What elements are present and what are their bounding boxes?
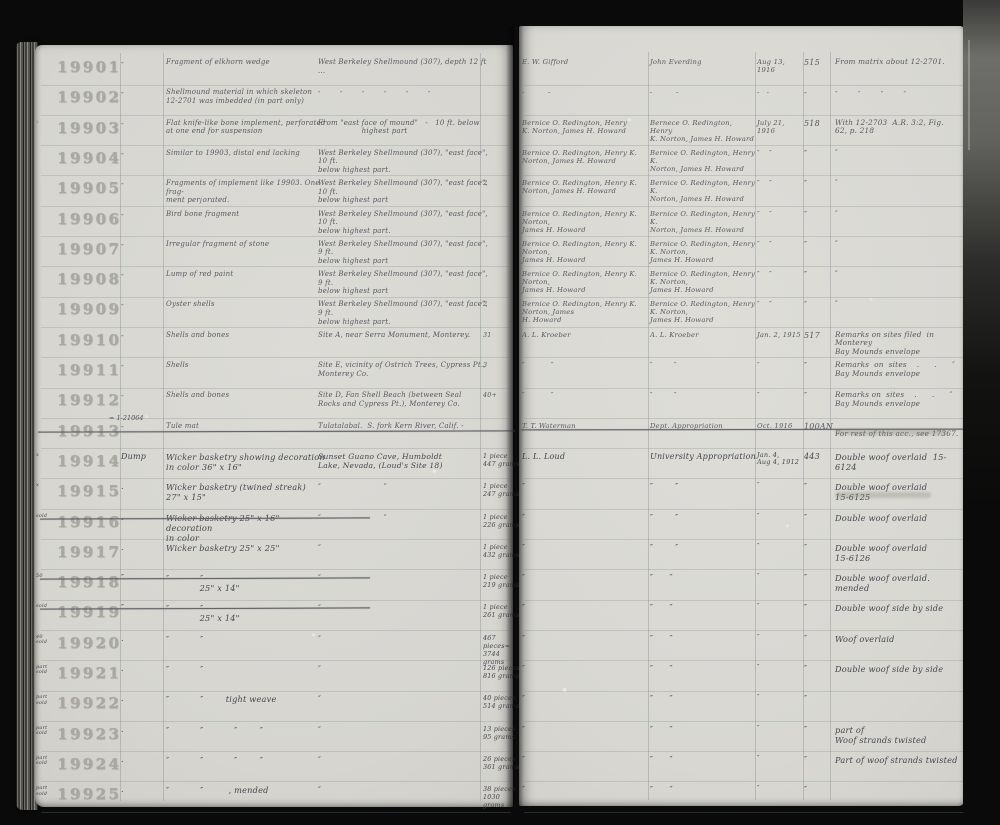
- catalog-number-cell: 19909: [57, 299, 121, 318]
- date-cell: ″ ″: [757, 240, 803, 248]
- collector-cell: ″: [522, 634, 648, 643]
- donor-cell: ″ ″: [650, 482, 756, 491]
- description-cell: ″ ″ ″ ″: [166, 755, 326, 765]
- accession-number-cell: ″: [804, 543, 834, 552]
- description-cell: Fragments of implement like 19903. One f…: [166, 179, 326, 205]
- accession-number-cell: 515: [804, 58, 834, 67]
- ledger-row: sold 19919 ″ ″ ″ 25" x 14" ″ 1 piece 261…: [35, 600, 964, 630]
- catalog-number: 19908: [57, 270, 121, 288]
- accession-number-cell: -: [804, 88, 834, 97]
- date-cell: ″: [757, 482, 803, 490]
- catalog-number: 19918: [57, 573, 121, 591]
- locality-cell: ″: [318, 785, 490, 794]
- locality-cell: ″: [318, 634, 490, 643]
- date-cell: - -: [757, 88, 803, 96]
- accession-number-cell: ″: [804, 664, 834, 673]
- ditto-cell: .: [121, 725, 163, 734]
- description-cell: ″ ″ , mended: [166, 785, 326, 795]
- ledger-row: 19917 . Wicker basketry 25" x 25" ″ 1 pi…: [35, 540, 964, 570]
- catalog-number-cell: 19915: [57, 481, 121, 500]
- ditto-cell: -: [121, 361, 163, 370]
- ledger-row: x 19915 . Wicker basketry (twined streak…: [35, 479, 964, 509]
- ditto-cell: .: [121, 543, 163, 552]
- ledger-rows-layer: 19901 - Fragment of elkhorn wedge West B…: [35, 0, 964, 825]
- locality-cell: ″: [318, 694, 490, 703]
- donor-cell: ″ ″: [650, 694, 756, 703]
- description-cell: ″ ″ 25" x 14": [166, 573, 326, 593]
- ledger-row: 19910 - Shells and bones Site A, near Se…: [35, 328, 964, 358]
- date-cell: ″: [757, 634, 803, 642]
- description-cell: Wicker basketry showing decoration in co…: [166, 452, 326, 472]
- locality-cell: Tulatalabal. S. fork Kern River, Calif. …: [318, 422, 490, 431]
- catalog-number: 19920: [57, 634, 121, 652]
- locality-cell: From "east face of mound" - 10 ft. below…: [318, 119, 490, 136]
- date-cell: ″ ″: [757, 300, 803, 308]
- remarks-cell: ″: [835, 270, 965, 279]
- catalog-number-cell: 19904: [57, 148, 121, 167]
- accession-number-cell: ″: [804, 270, 834, 279]
- collector-cell: ″: [522, 785, 648, 794]
- remarks-cell: Remarks on sites . . ″ Bay Mounds envelo…: [835, 361, 965, 379]
- collector-cell: A. L. Kroeber: [522, 331, 648, 339]
- pencil-smudge: [835, 429, 947, 435]
- catalog-number-cell: 19916: [57, 512, 121, 531]
- remarks-cell: ″: [835, 300, 965, 309]
- accession-number-cell: ″: [804, 785, 834, 794]
- row-rule: [41, 812, 511, 813]
- collector-cell: ″: [522, 725, 648, 734]
- description-cell: Lump of red paint: [166, 270, 326, 279]
- description-cell: Wicker basketry 25" x 25": [166, 543, 326, 553]
- remarks-cell: Double woof side by side: [835, 603, 965, 613]
- ledger-row: part sold 19921 . ″ ″ ″ 126 pieces 816 g…: [35, 661, 964, 691]
- ditto-cell: .: [121, 785, 163, 794]
- binding-gutter-shadow: [506, 26, 524, 807]
- collector-cell: ″: [522, 543, 648, 552]
- collector-cell: ″: [522, 664, 648, 673]
- date-cell: Jan. 4, Aug 4, 1912: [757, 452, 803, 467]
- description-cell: Tule mat: [166, 422, 326, 431]
- date-cell: ″ ″: [757, 270, 803, 278]
- donor-cell: ″ ″: [650, 513, 756, 522]
- catalog-number: 19919: [57, 603, 121, 621]
- ledger-row: x 19903 - Flat knife-like bone implement…: [35, 116, 964, 146]
- catalog-number-cell: 19913 = 1-21064: [57, 421, 121, 440]
- description-cell: Oyster shells: [166, 300, 326, 309]
- accession-number-cell: 517: [804, 331, 834, 340]
- locality-cell: Site E, vicinity of Ostrich Trees, Cypre…: [318, 361, 490, 378]
- ditto-cell: .: [121, 755, 163, 764]
- pencil-smudge: [835, 492, 931, 498]
- date-cell: ″: [757, 603, 803, 611]
- catalog-number-cell: 19902: [57, 87, 121, 106]
- ledger-row: 19907 - Irregular fragment of stone West…: [35, 237, 964, 267]
- date-cell: Aug 13, 1916: [757, 58, 803, 74]
- ditto-cell: .: [121, 664, 163, 673]
- catalog-number: 19904: [57, 149, 121, 167]
- accession-number-cell: ″: [804, 179, 834, 188]
- ledger-row: 19906 - Bird bone fragment West Berkeley…: [35, 207, 964, 237]
- remarks-cell: From matrix about 12-2701.: [835, 58, 965, 67]
- accession-number-cell: ″: [804, 240, 834, 249]
- remarks-cell: part of Woof strands twisted: [835, 725, 965, 745]
- catalog-number-cell: 19920: [57, 633, 121, 652]
- ditto-cell: -: [121, 422, 163, 431]
- catalog-number-cell: 19901: [57, 57, 121, 76]
- collector-cell: Bernice O. Redington, Henry K. Norton, J…: [522, 149, 648, 165]
- catalog-number: 19912: [57, 391, 121, 409]
- donor-cell: Bernece O. Redington, Henry K. Norton, J…: [650, 119, 756, 143]
- description-cell: Shells and bones: [166, 331, 326, 340]
- locality-cell: Sunset Guano Cave, Humboldt Lake, Nevada…: [318, 452, 490, 470]
- remarks-cell: Double woof overlaid: [835, 513, 965, 523]
- date-cell: ″: [757, 513, 803, 521]
- ledger-row: 19913 = 1-21064 - Tule mat Tulatalabal. …: [35, 419, 964, 449]
- collector-cell: ″ ″: [522, 391, 648, 399]
- accession-number-cell: ″: [804, 634, 834, 643]
- ditto-cell: .: [121, 482, 163, 491]
- ditto-cell: -: [121, 210, 163, 219]
- accession-number-cell: ″: [804, 755, 834, 764]
- ditto-cell: -: [121, 88, 163, 97]
- catalog-number-annotation: = 1-21064: [109, 414, 144, 422]
- ditto-cell: -: [121, 300, 163, 309]
- date-cell: ″: [757, 543, 803, 551]
- ditto-cell: -: [121, 391, 163, 400]
- catalog-number-cell: 19918: [57, 572, 121, 591]
- accession-number-cell: ″: [804, 361, 834, 370]
- date-cell: ″: [757, 361, 803, 369]
- locality-cell: ″: [318, 543, 490, 552]
- remarks-cell: Double woof overlaid. mended: [835, 573, 965, 593]
- ditto-cell: .: [121, 513, 163, 522]
- description-cell: Wicker basketry (twined streak) 27" x 15…: [166, 482, 326, 502]
- donor-cell: University Appropriation: [650, 452, 756, 461]
- catalog-number-cell: 19921: [57, 663, 121, 682]
- collector-cell: - -: [522, 88, 648, 96]
- date-cell: July 21, 1916: [757, 119, 803, 135]
- ledger-row: 19912 - Shells and bones Site D, Fan She…: [35, 388, 964, 418]
- ledger-scan: 19901 - Fragment of elkhorn wedge West B…: [0, 0, 1000, 825]
- description-cell: ″ ″ 25" x 14": [166, 603, 326, 623]
- accession-number-cell: ″: [804, 694, 834, 703]
- catalog-number: 19905: [57, 179, 121, 197]
- catalog-number-cell: 19924: [57, 754, 121, 773]
- locality-cell: West Berkeley Shellmound (307), "east fa…: [318, 149, 490, 175]
- catalog-number: 19916: [57, 513, 121, 531]
- ledger-row: part sold 19924 . ″ ″ ″ ″ ″ 26 pieces 36…: [35, 752, 964, 782]
- ledger-row: part sold 19922 . ″ ″ tight weave ″ 40 p…: [35, 691, 964, 721]
- donor-cell: ″ ″: [650, 573, 756, 582]
- remarks-cell: Double woof side by side: [835, 664, 965, 674]
- page-edge-highlight: [968, 40, 970, 150]
- accession-number-cell: 443: [804, 452, 834, 461]
- date-cell: ″: [757, 785, 803, 793]
- ledger-row: part sold 19923 . ″ ″ ″ ″ ″ 13 pieces 95…: [35, 722, 964, 752]
- accession-number-cell: 518: [804, 119, 834, 128]
- description-cell: Irregular fragment of stone: [166, 240, 326, 249]
- accession-number-cell: ″: [804, 149, 834, 158]
- catalog-number-cell: 19923: [57, 724, 121, 743]
- ledger-row: 19911 - Shells Site E, vicinity of Ostri…: [35, 358, 964, 388]
- locality-cell: - - - - - -: [318, 88, 490, 97]
- date-cell: ″: [757, 664, 803, 672]
- locality-cell: ″: [318, 664, 490, 673]
- catalog-number-cell: 19903: [57, 118, 121, 137]
- collector-cell: ″: [522, 482, 648, 491]
- locality-cell: West Berkeley Shellmound (307), "east fa…: [318, 179, 490, 205]
- row-rule: [524, 812, 986, 813]
- catalog-number: 19925: [57, 785, 121, 803]
- catalog-number: 19915: [57, 482, 121, 500]
- catalog-number-cell: 19925: [57, 784, 121, 803]
- date-cell: ″ ″: [757, 149, 803, 157]
- donor-cell: ″ ″: [650, 634, 756, 643]
- ledger-row: 19908 - Lump of red paint West Berkeley …: [35, 267, 964, 297]
- ledger-row: 19905 - Fragments of implement like 1990…: [35, 176, 964, 206]
- catalog-number: 19910: [57, 331, 121, 349]
- donor-cell: Bernice O. Redington, Henry K. Norton, J…: [650, 300, 756, 324]
- donor-cell: John Everding: [650, 58, 756, 66]
- description-cell: Similar to 19903, distal end lacking: [166, 149, 326, 158]
- collector-cell: Bernice O. Redington, Henry K. Norton, J…: [522, 119, 648, 135]
- remarks-cell: ″: [835, 210, 965, 219]
- donor-cell: Bernice O. Redington, Henry K. Norton, J…: [650, 210, 756, 234]
- description-cell: Shells: [166, 361, 326, 370]
- catalog-number-cell: 19914: [57, 451, 121, 470]
- collector-cell: E. W. Gifford: [522, 58, 648, 66]
- collector-cell: Bernice O. Redington, Henry K. Norton, J…: [522, 240, 648, 264]
- remarks-cell: ″: [835, 179, 965, 188]
- description-cell: Fragment of elkhorn wedge: [166, 58, 326, 67]
- remarks-cell: Part of woof strands twisted: [835, 755, 965, 765]
- donor-cell: ″ ″: [650, 725, 756, 734]
- collector-cell: ″: [522, 573, 648, 582]
- ditto-cell: -: [121, 179, 163, 188]
- donor-cell: - -: [650, 88, 756, 96]
- catalog-number: 19906: [57, 210, 121, 228]
- catalog-number: 19922: [57, 694, 121, 712]
- ditto-cell: -: [121, 58, 163, 67]
- remarks-cell: ″: [835, 240, 965, 249]
- donor-cell: ″ ″: [650, 361, 756, 369]
- date-cell: ″: [757, 573, 803, 581]
- description-cell: ″ ″: [166, 634, 326, 644]
- catalog-number-cell: 19905: [57, 178, 121, 197]
- ditto-cell: -: [121, 240, 163, 249]
- remarks-cell: Remarks on sites filed in Monterey Bay M…: [835, 331, 965, 357]
- catalog-number: 19907: [57, 240, 121, 258]
- date-cell: ″: [757, 391, 803, 399]
- collector-cell: ″: [522, 694, 648, 703]
- ledger-row: part sold 19925 . ″ ″ , mended ″ 38 piec…: [35, 782, 964, 812]
- date-cell: Jan. 2, 1915: [757, 331, 803, 339]
- collector-cell: Bernice O. Redington, Henry K. Norton, J…: [522, 270, 648, 294]
- ledger-row: 19901 - Fragment of elkhorn wedge West B…: [35, 55, 964, 85]
- donor-cell: Bernice O. Redington, Henry K. Norton, J…: [650, 240, 756, 264]
- ledger-row: x 19914 Dump Wicker basketry showing dec…: [35, 449, 964, 479]
- remarks-cell: Double woof overlaid 15-6126: [835, 543, 965, 563]
- locality-cell: ″ ″: [318, 482, 490, 491]
- date-cell: ″: [757, 755, 803, 763]
- catalog-number: 19917: [57, 543, 121, 561]
- date-cell: ″: [757, 725, 803, 733]
- catalog-number-cell: 19922: [57, 693, 121, 712]
- collector-cell: L. L. Loud: [522, 452, 648, 461]
- accession-number-cell: ″: [804, 725, 834, 734]
- ledger-row: 19904 - Similar to 19903, distal end lac…: [35, 146, 964, 176]
- remarks-cell: Remarks on sites . . ″ Bay Mounds envelo…: [835, 391, 965, 409]
- ledger-row: 50 19918 ″ ″ ″ 25" x 14" ″ 1 piece 219 g…: [35, 570, 964, 600]
- catalog-number-cell: 19910: [57, 330, 121, 349]
- donor-cell: A. L. Kroeber: [650, 331, 756, 339]
- donor-cell: ″ ″: [650, 785, 756, 794]
- description-cell: Flat knife-like bone implement, perforat…: [166, 119, 326, 136]
- catalog-number-cell: 19912: [57, 390, 121, 409]
- ditto-cell: .: [121, 634, 163, 643]
- ditto-cell: -: [121, 331, 163, 340]
- locality-cell: West Berkeley Shellmound (307), "east fa…: [318, 270, 490, 296]
- catalog-number: 19909: [57, 300, 121, 318]
- remarks-cell: ″: [835, 149, 965, 158]
- locality-cell: West Berkeley Shellmound (307), "east fa…: [318, 300, 490, 326]
- description-cell: Shellmound material in which skeleton 12…: [166, 88, 326, 105]
- collector-cell: Bernice O. Redington, Henry K. Norton, J…: [522, 179, 648, 195]
- locality-cell: West Berkeley Shellmound (307), depth 12…: [318, 58, 490, 75]
- locality-cell: ″: [318, 725, 490, 734]
- accession-number-cell: ″: [804, 300, 834, 309]
- donor-cell: Bernice O. Redington, Henry K. Norton, J…: [650, 179, 756, 203]
- date-cell: ″ ″: [757, 210, 803, 218]
- collector-cell: ″ ″: [522, 361, 648, 369]
- description-cell: ″ ″ tight weave: [166, 694, 326, 704]
- donor-cell: Bernice O. Redington, Henry K. Norton, J…: [650, 149, 756, 173]
- description-cell: Bird bone fragment: [166, 210, 326, 219]
- catalog-number-cell: 19907: [57, 239, 121, 258]
- catalog-number-cell: 19906: [57, 209, 121, 228]
- description-cell: Shells and bones: [166, 391, 326, 400]
- catalog-number: 19924: [57, 755, 121, 773]
- accession-number-cell: ″: [804, 482, 834, 491]
- accession-number-cell: ″: [804, 573, 834, 582]
- catalog-number: 19923: [57, 725, 121, 743]
- catalog-number-cell: 19908: [57, 269, 121, 288]
- catalog-number: 19914: [57, 452, 121, 470]
- locality-cell: Site D, Fan Shell Beach (between Seal Ro…: [318, 391, 490, 408]
- catalog-number-cell: 19917: [57, 542, 121, 561]
- donor-cell: ″ ″: [650, 543, 756, 552]
- ditto-cell: -: [121, 119, 163, 128]
- ledger-row: 40 sold 19920 . ″ ″ ″ 467 pieces= 3744 g…: [35, 631, 964, 661]
- donor-cell: ″ ″: [650, 664, 756, 673]
- catalog-number: 19901: [57, 58, 121, 76]
- accession-number-cell: ″: [804, 391, 834, 400]
- donor-cell: ″ ″: [650, 391, 756, 399]
- remarks-cell: Woof overlaid: [835, 634, 965, 644]
- accession-number-cell: ″: [804, 513, 834, 522]
- catalog-number: 19903: [57, 119, 121, 137]
- remarks-cell: Double woof overlaid 15-6124: [835, 452, 965, 472]
- locality-cell: West Berkeley Shellmound (307), "east fa…: [318, 240, 490, 266]
- collector-cell: ″: [522, 603, 648, 612]
- collector-cell: Bernice O. Redington, Henry K. Norton, J…: [522, 300, 648, 324]
- ditto-cell: .: [121, 694, 163, 703]
- collector-cell: ″: [522, 513, 648, 522]
- catalog-number: 19902: [57, 88, 121, 106]
- catalog-number-cell: 19919: [57, 602, 121, 621]
- collector-cell: ″: [522, 755, 648, 764]
- ditto-cell: Dump: [121, 452, 163, 461]
- donor-cell: ″ ″: [650, 603, 756, 612]
- remarks-cell: With 12-2703 A.R. 3:2, Fig. 62, p. 218: [835, 119, 965, 137]
- ledger-row: 19909 - Oyster shells West Berkeley Shel…: [35, 297, 964, 327]
- locality-cell: ″: [318, 755, 490, 764]
- remarks-cell: - - - -: [835, 88, 965, 97]
- ledger-row: 19902 - Shellmound material in which ske…: [35, 85, 964, 115]
- ditto-cell: -: [121, 149, 163, 158]
- catalog-number: 19921: [57, 664, 121, 682]
- catalog-number: 19911: [57, 361, 121, 379]
- donor-cell: Bernice O. Redington, Henry K. Norton, J…: [650, 270, 756, 294]
- description-cell: ″ ″ ″ ″: [166, 725, 326, 735]
- ledger-row: sold 19916 . Wicker basketry 25" x 16" d…: [35, 510, 964, 540]
- locality-cell: Site A, near Serra Monument, Monterey.: [318, 331, 490, 340]
- date-cell: ″: [757, 694, 803, 702]
- locality-cell: West Berkeley Shellmound (307), "east fa…: [318, 210, 490, 236]
- catalog-number-cell: 19911: [57, 360, 121, 379]
- collector-cell: Bernice O. Redington, Henry K. Norton, J…: [522, 210, 648, 234]
- accession-number-cell: ″: [804, 210, 834, 219]
- ditto-cell: -: [121, 270, 163, 279]
- date-cell: ″ ″: [757, 179, 803, 187]
- donor-cell: ″ ″: [650, 755, 756, 764]
- accession-number-cell: ″: [804, 603, 834, 612]
- description-cell: ″ ″: [166, 664, 326, 674]
